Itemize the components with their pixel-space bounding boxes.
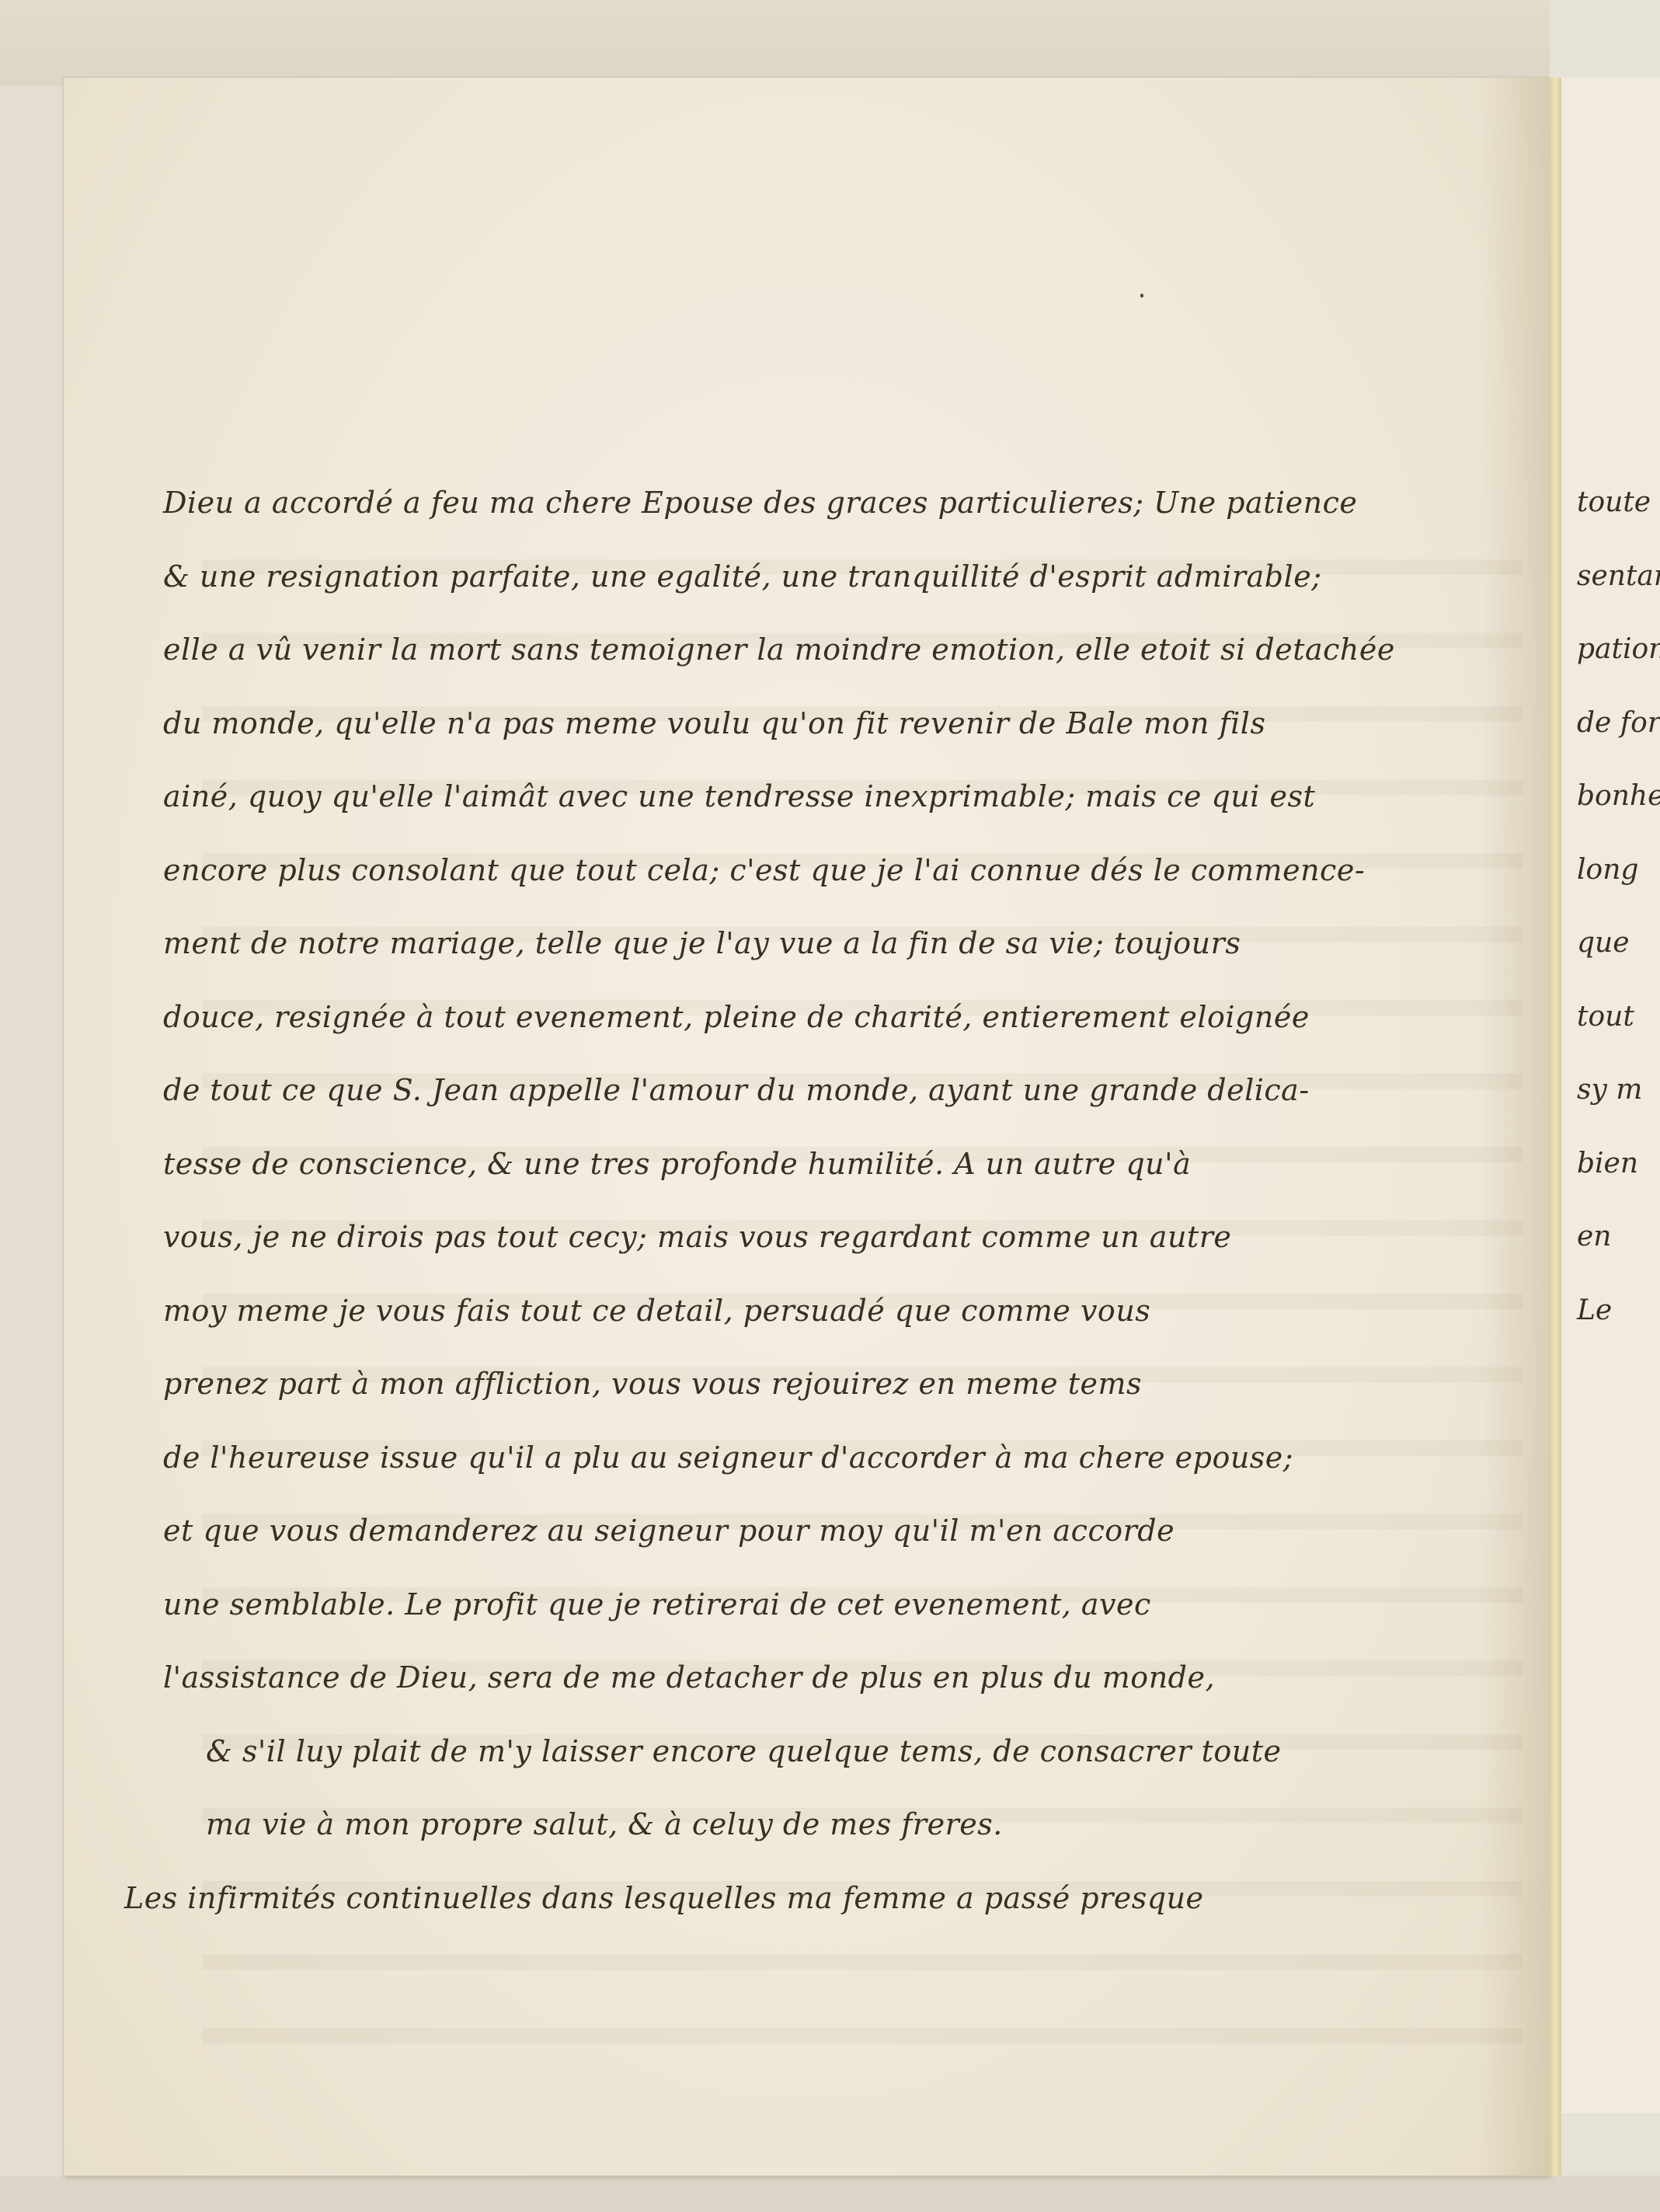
text-line: tesse de conscience, & une tres profonde… bbox=[163, 1127, 1561, 1201]
text-line: vous, je ne dirois pas tout cecy; mais v… bbox=[163, 1200, 1561, 1274]
facing-text-line: pation bbox=[1577, 613, 1660, 687]
facing-text-line: tout bbox=[1577, 981, 1660, 1054]
text-line: de tout ce que S. Jean appelle l'amour d… bbox=[163, 1054, 1561, 1127]
facing-text-line: long bbox=[1577, 834, 1660, 907]
text-line: elle a vû venir la mort sans temoigner l… bbox=[163, 613, 1561, 687]
facing-text-line: toute bbox=[1577, 466, 1660, 540]
facing-text-line: en bbox=[1577, 1200, 1660, 1274]
text-line: ma vie à mon propre salut, & à celuy de … bbox=[206, 1788, 1561, 1862]
facing-text-line: Le bbox=[1577, 1274, 1660, 1348]
facing-page-text: toute sentan pation de for bonhe long qu… bbox=[1577, 466, 1660, 1347]
ink-spot bbox=[1140, 294, 1143, 298]
facing-text-line: sentan bbox=[1577, 540, 1660, 614]
text-line: & une resignation parfaite, une egalité,… bbox=[163, 540, 1561, 614]
text-line: de l'heureuse issue qu'il a plu au seign… bbox=[163, 1421, 1561, 1495]
text-line: l'assistance de Dieu, sera de me detache… bbox=[163, 1641, 1561, 1715]
scan-backdrop-bottom bbox=[0, 2175, 1660, 2212]
text-line: du monde, qu'elle n'a pas meme voulu qu'… bbox=[163, 687, 1561, 761]
text-line: une semblable. Le profit que je retirera… bbox=[163, 1568, 1561, 1642]
text-line: ment de notre mariage, telle que je l'ay… bbox=[163, 907, 1561, 981]
facing-text-line: que bbox=[1577, 907, 1660, 981]
text-line: Dieu a accordé a feu ma chere Epouse des… bbox=[163, 466, 1561, 540]
letter-body: Dieu a accordé a feu ma chere Epouse des… bbox=[163, 466, 1561, 1935]
facing-text-line: bien bbox=[1577, 1127, 1660, 1201]
facing-text-line: de for bbox=[1577, 687, 1660, 761]
text-line: prenez part à mon affliction, vous vous … bbox=[163, 1347, 1561, 1421]
facing-page: toute sentan pation de for bonhe long qu… bbox=[1561, 78, 1660, 2113]
text-line: ainé, quoy qu'elle l'aimât avec une tend… bbox=[163, 760, 1561, 834]
text-line: encore plus consolant que tout cela; c'e… bbox=[163, 834, 1561, 907]
text-line: douce, resignée à tout evenement, pleine… bbox=[163, 981, 1561, 1054]
text-line: moy meme je vous fais tout ce detail, pe… bbox=[163, 1274, 1561, 1348]
book-gutter bbox=[1549, 78, 1561, 2175]
facing-text-line: bonhe bbox=[1577, 760, 1660, 834]
text-line: & s'il luy plait de m'y laisser encore q… bbox=[206, 1715, 1561, 1789]
text-line-new-paragraph: Les infirmités continuelles dans lesquel… bbox=[124, 1862, 1561, 1935]
facing-text-line: sy m bbox=[1577, 1054, 1660, 1127]
scan-backdrop-top bbox=[0, 0, 1660, 85]
text-line: et que vous demanderez au seigneur pour … bbox=[163, 1494, 1561, 1568]
